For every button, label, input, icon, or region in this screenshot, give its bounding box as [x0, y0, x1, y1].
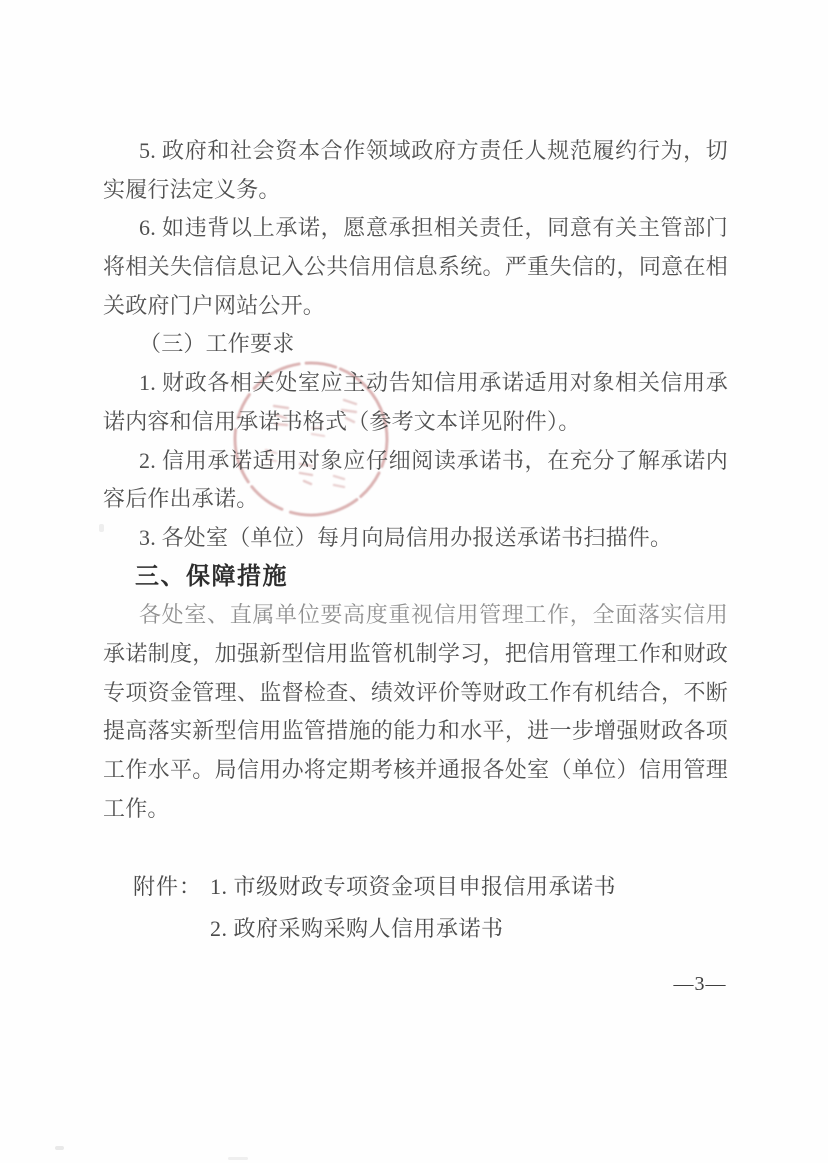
attachment-label: 附件：	[133, 866, 202, 908]
scan-speck	[55, 1146, 64, 1150]
document-line: 工作水平。局信用办将定期考核并通报各处室（单位）信用管理	[103, 751, 728, 790]
document-line: 5. 政府和社会资本合作领域政府方责任人规范履约行为，切	[103, 132, 728, 171]
attachment-item: 1. 市级财政专项资金项目申报信用承诺书	[210, 866, 616, 908]
document-line: 诺内容和信用承诺书格式（参考文本详见附件）。	[103, 403, 728, 442]
document-line: 2. 信用承诺适用对象应仔细阅读承诺书，在充分了解承诺内	[103, 442, 728, 481]
document-line: 实履行法定义务。	[103, 171, 728, 210]
scan-speck	[228, 1157, 248, 1160]
document-line: 6. 如违背以上承诺，愿意承担相关责任，同意有关主管部门	[103, 209, 728, 248]
document-line: 关政府门户网站公开。	[103, 287, 728, 326]
document-line: 工作。	[103, 790, 728, 829]
document-line: 承诺制度，加强新型信用监管机制学习，把信用管理工作和财政	[103, 635, 728, 674]
document-line: 3. 各处室（单位）每月向局信用办报送承诺书扫描件。	[103, 519, 728, 558]
page-number: —3—	[650, 972, 750, 996]
attachment-items: 1. 市级财政专项资金项目申报信用承诺书2. 政府采购采购人信用承诺书	[210, 866, 616, 950]
section-heading: 三、保障措施	[103, 558, 728, 597]
document-line: 专项资金管理、监督检查、绩效评价等财政工作有机结合，不断	[103, 674, 728, 713]
document-line: （三）工作要求	[103, 325, 728, 364]
document-line: 提高落实新型信用监管措施的能力和水平，进一步增强财政各项	[103, 712, 728, 751]
document-body: 5. 政府和社会资本合作领域政府方责任人规范履约行为，切实履行法定义务。6. 如…	[103, 132, 728, 828]
document-page: 5. 政府和社会资本合作领域政府方责任人规范履约行为，切实履行法定义务。6. 如…	[0, 0, 828, 1163]
attachment-block: 附件： 1. 市级财政专项资金项目申报信用承诺书2. 政府采购采购人信用承诺书	[133, 866, 616, 950]
document-line: 将相关失信信息记入公共信用信息系统。严重失信的，同意在相	[103, 248, 728, 287]
scan-speck	[99, 524, 104, 532]
document-line: 1. 财政各相关处室应主动告知信用承诺适用对象相关信用承	[103, 364, 728, 403]
document-line: 各处室、直属单位要高度重视信用管理工作，全面落实信用	[103, 596, 728, 635]
attachment-item: 2. 政府采购采购人信用承诺书	[210, 908, 616, 950]
document-line: 容后作出承诺。	[103, 480, 728, 519]
